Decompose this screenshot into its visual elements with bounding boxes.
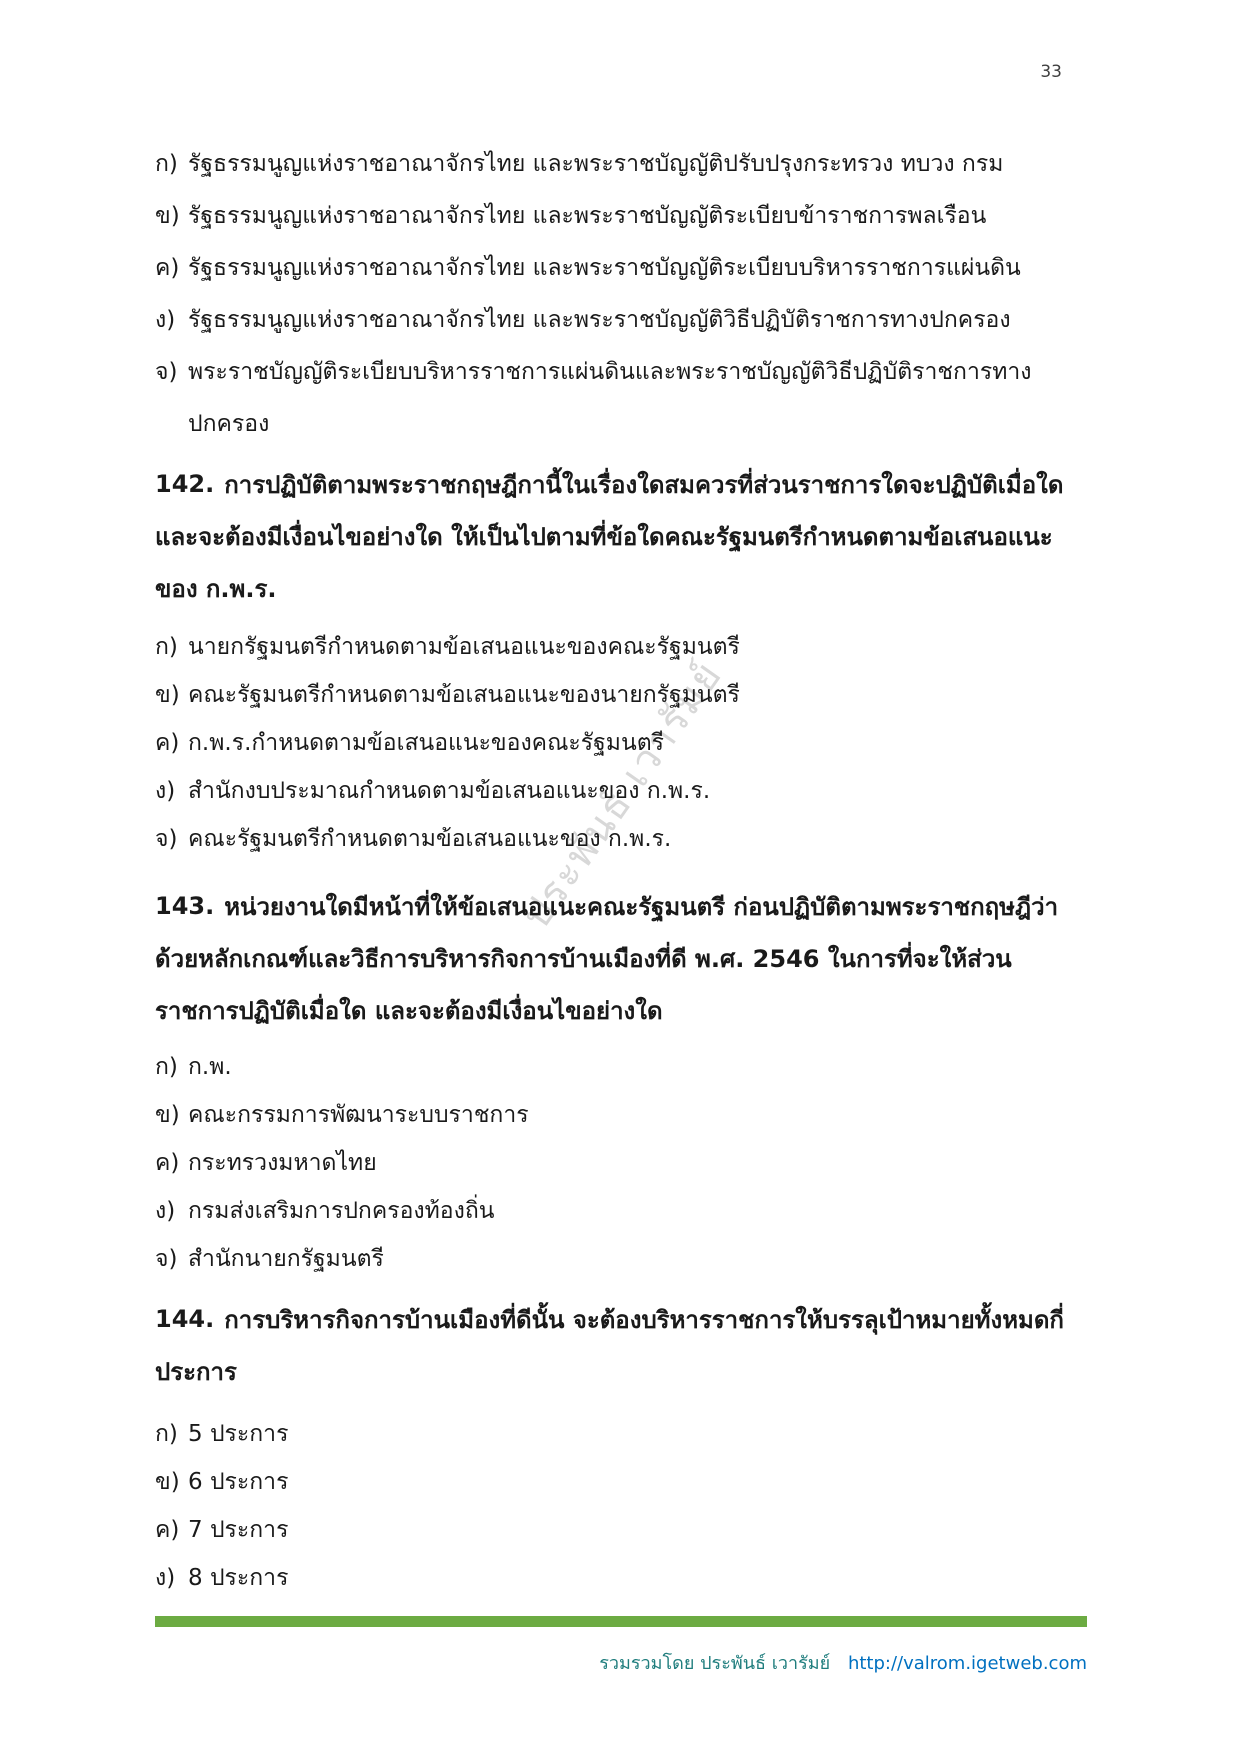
option-marker: ข) xyxy=(155,1097,188,1133)
option-text: สำนักงบประมาณกำหนดตามข้อเสนอแนะของ ก.พ.ร… xyxy=(188,773,710,809)
answer-option: ค) 7 ประการ xyxy=(155,1506,1090,1554)
answer-option: ง) รัฐธรรมนูญแห่งราชอาณาจักรไทย และพระรา… xyxy=(155,294,1090,346)
question-number: 142. xyxy=(155,470,214,498)
question-142-options: ก) นายกรัฐมนตรีกำหนดตามข้อเสนอแนะของคณะร… xyxy=(155,623,1090,863)
answer-option: ข) คณะกรรมการพัฒนาระบบราชการ xyxy=(155,1091,1090,1139)
answer-option: ข) 6 ประการ xyxy=(155,1458,1090,1506)
option-text: กรมส่งเสริมการปกครองท้องถิ่น xyxy=(188,1193,494,1229)
question-142: 142. การปฏิบัติตามพระราชกฤษฎีกานี้ในเรื่… xyxy=(155,458,1090,614)
footer-credit: รวมรวมโดย ประพันธ์ เวารัมย์ xyxy=(599,1653,830,1674)
option-marker: จ) xyxy=(155,1241,188,1277)
option-text: 8 ประการ xyxy=(188,1560,288,1596)
option-text: 7 ประการ xyxy=(188,1512,288,1548)
document-page: 33 ประพันธ์ เวารัมย์ ก) รัฐธรรมนูญแห่งรา… xyxy=(0,0,1240,1754)
option-text: คณะรัฐมนตรีกำหนดตามข้อเสนอแนะของ ก.พ.ร. xyxy=(188,821,671,857)
answer-option: ค) ก.พ.ร.กำหนดตามข้อเสนอแนะของคณะรัฐมนตร… xyxy=(155,719,1090,767)
answer-option: ข) คณะรัฐมนตรีกำหนดตามข้อเสนอแนะของนายกร… xyxy=(155,671,1090,719)
option-marker: ค) xyxy=(155,250,188,286)
question-144-options: ก) 5 ประการ ข) 6 ประการ ค) 7 ประการ ง) 8… xyxy=(155,1410,1090,1602)
option-text: สำนักนายกรัฐมนตรี xyxy=(188,1241,384,1277)
footer: รวมรวมโดย ประพันธ์ เวารัมย์ http://valro… xyxy=(155,1648,1087,1677)
question-line: 143. หน่วยงานใดมีหน้าที่ให้ข้อเสนอแนะคณะ… xyxy=(155,880,1090,932)
answer-option: จ) พระราชบัญญัติระเบียบบริหารราชการแผ่นด… xyxy=(155,346,1090,398)
option-marker: ข) xyxy=(155,198,188,234)
question-line: ของ ก.พ.ร. xyxy=(155,562,1090,614)
question-line: ราชการปฏิบัติเมื่อใด และจะต้องมีเงื่อนไข… xyxy=(155,984,1090,1036)
question-text: หน่วยงานใดมีหน้าที่ให้ข้อเสนอแนะคณะรัฐมน… xyxy=(224,887,1058,926)
option-text: 5 ประการ xyxy=(188,1416,288,1452)
option-text: ก.พ. xyxy=(188,1049,232,1085)
option-marker: ค) xyxy=(155,725,188,761)
answer-option: ก) นายกรัฐมนตรีกำหนดตามข้อเสนอแนะของคณะร… xyxy=(155,623,1090,671)
question-line: และจะต้องมีเงื่อนไขอย่างใด ให้เป็นไปตามท… xyxy=(155,510,1090,562)
option-marker: ข) xyxy=(155,677,188,713)
option-text: ก.พ.ร.กำหนดตามข้อเสนอแนะของคณะรัฐมนตรี xyxy=(188,725,664,761)
option-text: รัฐธรรมนูญแห่งราชอาณาจักรไทย และพระราชบั… xyxy=(188,302,1011,338)
option-text: พระราชบัญญัติระเบียบบริหารราชการแผ่นดินแ… xyxy=(188,354,1032,390)
answer-option: ข) รัฐธรรมนูญแห่งราชอาณาจักรไทย และพระรา… xyxy=(155,190,1090,242)
answer-option: ก) 5 ประการ xyxy=(155,1410,1090,1458)
option-marker: ข) xyxy=(155,1464,188,1500)
question-line: 144. การบริหารกิจการบ้านเมืองที่ดีนั้น จ… xyxy=(155,1293,1090,1345)
question-line: 142. การปฏิบัติตามพระราชกฤษฎีกานี้ในเรื่… xyxy=(155,458,1090,510)
option-marker: จ) xyxy=(155,821,188,857)
option-marker: ง) xyxy=(155,773,188,809)
option-marker: ก) xyxy=(155,629,188,665)
question-text: การปฏิบัติตามพระราชกฤษฎีกานี้ในเรื่องใดส… xyxy=(224,465,1063,504)
option-marker: ง) xyxy=(155,1193,188,1229)
answer-option: ก) ก.พ. xyxy=(155,1043,1090,1091)
option-text: คณะรัฐมนตรีกำหนดตามข้อเสนอแนะของนายกรัฐม… xyxy=(188,677,740,713)
question-143: 143. หน่วยงานใดมีหน้าที่ให้ข้อเสนอแนะคณะ… xyxy=(155,880,1090,1036)
question-143-options: ก) ก.พ. ข) คณะกรรมการพัฒนาระบบราชการ ค) … xyxy=(155,1043,1090,1283)
question-text: การบริหารกิจการบ้านเมืองที่ดีนั้น จะต้อง… xyxy=(224,1300,1064,1339)
answer-option: จ) คณะรัฐมนตรีกำหนดตามข้อเสนอแนะของ ก.พ.… xyxy=(155,815,1090,863)
option-text: รัฐธรรมนูญแห่งราชอาณาจักรไทย และพระราชบั… xyxy=(188,250,1021,286)
option-text: คณะกรรมการพัฒนาระบบราชการ xyxy=(188,1097,529,1133)
answer-option: ง) 8 ประการ xyxy=(155,1554,1090,1602)
option-marker: ก) xyxy=(155,1416,188,1452)
footer-url-link[interactable]: http://valrom.igetweb.com xyxy=(848,1653,1087,1674)
answer-option-continuation: ปกครอง xyxy=(155,398,1090,450)
option-marker: จ) xyxy=(155,354,188,390)
option-text: ปกครอง xyxy=(188,406,269,442)
answer-option: ง) กรมส่งเสริมการปกครองท้องถิ่น xyxy=(155,1187,1090,1235)
answer-option: ค) รัฐธรรมนูญแห่งราชอาณาจักรไทย และพระรา… xyxy=(155,242,1090,294)
carryover-options-list: ก) รัฐธรรมนูญแห่งราชอาณาจักรไทย และพระรา… xyxy=(155,138,1090,450)
option-marker: ค) xyxy=(155,1145,188,1181)
footer-divider-bar xyxy=(155,1616,1087,1627)
option-text: นายกรัฐมนตรีกำหนดตามข้อเสนอแนะของคณะรัฐม… xyxy=(188,629,740,665)
option-text: กระทรวงมหาดไทย xyxy=(188,1145,377,1181)
answer-option: ง) สำนักงบประมาณกำหนดตามข้อเสนอแนะของ ก.… xyxy=(155,767,1090,815)
option-text: รัฐธรรมนูญแห่งราชอาณาจักรไทย และพระราชบั… xyxy=(188,146,1003,182)
option-text: 6 ประการ xyxy=(188,1464,288,1500)
answer-option: จ) สำนักนายกรัฐมนตรี xyxy=(155,1235,1090,1283)
answer-option: ก) รัฐธรรมนูญแห่งราชอาณาจักรไทย และพระรา… xyxy=(155,138,1090,190)
option-marker: ง) xyxy=(155,1560,188,1596)
question-number: 143. xyxy=(155,892,214,920)
question-line: ประการ xyxy=(155,1345,1090,1397)
option-marker: ค) xyxy=(155,1512,188,1548)
page-number: 33 xyxy=(1040,62,1062,82)
option-marker: ก) xyxy=(155,146,188,182)
question-number: 144. xyxy=(155,1305,214,1333)
option-text: รัฐธรรมนูญแห่งราชอาณาจักรไทย และพระราชบั… xyxy=(188,198,986,234)
answer-option: ค) กระทรวงมหาดไทย xyxy=(155,1139,1090,1187)
question-line: ด้วยหลักเกณฑ์และวิธีการบริหารกิจการบ้านเ… xyxy=(155,932,1090,984)
option-marker: ก) xyxy=(155,1049,188,1085)
option-marker: ง) xyxy=(155,302,188,338)
question-144: 144. การบริหารกิจการบ้านเมืองที่ดีนั้น จ… xyxy=(155,1293,1090,1397)
